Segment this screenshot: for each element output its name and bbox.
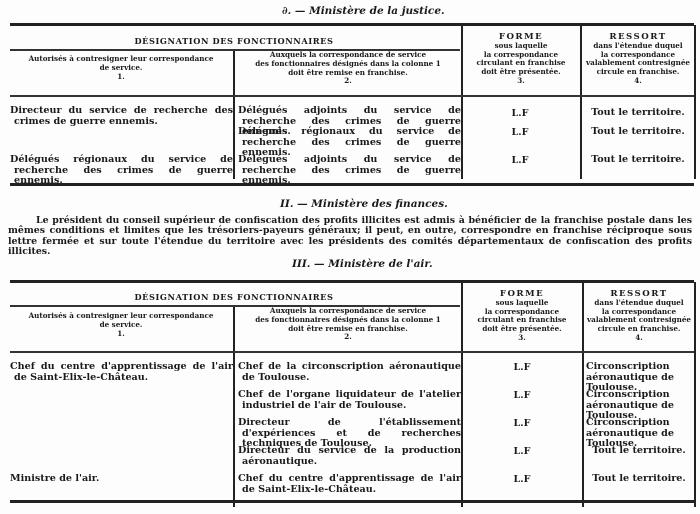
row1-col4: Tout le territoire. bbox=[582, 108, 694, 119]
section-title-air: III. — Ministère de l'air. bbox=[292, 258, 433, 270]
row1-col3: L.F bbox=[490, 108, 550, 119]
air-row2-col3: L.F bbox=[492, 390, 552, 401]
air-row5-col3: L.F bbox=[492, 474, 552, 485]
column-header-4-air: RESSORT dans l'étendue duquel la corresp… bbox=[584, 290, 694, 343]
row3-col4: Tout le territoire. bbox=[582, 155, 694, 166]
air-row1-col1: Chef du centre d'apprentissage de l'air … bbox=[10, 362, 233, 383]
air-row1-col2: Chef de la circonscription aéronautique … bbox=[238, 362, 461, 383]
header-bottom-rule bbox=[10, 95, 694, 97]
table-bottom-rule bbox=[10, 183, 694, 186]
finances-paragraph: Le président du conseil supérieur de con… bbox=[8, 216, 692, 258]
section-title-finances: II. — Ministère des finances. bbox=[280, 198, 448, 210]
air-row4-col3: L.F bbox=[492, 446, 552, 457]
section-title-justice: ∂. — Ministère de la justice. bbox=[282, 5, 445, 17]
column-header-3: FORME sous laquelle la correspondance ci… bbox=[463, 33, 579, 86]
column-header-3-air: FORME sous laquelle la correspondance ci… bbox=[463, 290, 581, 343]
row1-col1: Directeur du service de recherche des cr… bbox=[10, 106, 233, 127]
column-header-4: RESSORT dans l'étendue duquel la corresp… bbox=[582, 33, 694, 86]
table-top-rule bbox=[10, 23, 694, 26]
column-header-1: Autorisés à contresigner leur correspond… bbox=[10, 55, 232, 81]
col-divider-1-air bbox=[233, 307, 235, 507]
row2-col4: Tout le territoire. bbox=[582, 127, 694, 138]
air-row4-col4: Tout le territoire. bbox=[584, 446, 694, 457]
table-bottom-rule-air bbox=[10, 500, 694, 503]
header-bottom-rule-air bbox=[10, 351, 694, 353]
air-row4-col2: Directeur du service de la production aé… bbox=[238, 446, 461, 467]
air-row5-col1: Ministre de l'air. bbox=[10, 474, 233, 485]
air-row5-col2: Chef du centre d'apprentissage de l'air … bbox=[238, 474, 461, 495]
row3-col1: Délégués régionaux du service de recherc… bbox=[10, 155, 233, 187]
air-row3-col3: L.F bbox=[492, 418, 552, 429]
air-row2-col2: Chef de l'organe liquidateur de l'atelie… bbox=[238, 390, 461, 411]
column-header-1-air: Autorisés à contresigner leur correspond… bbox=[10, 312, 232, 338]
table-top-rule-air bbox=[10, 280, 694, 283]
col-divider-1 bbox=[233, 51, 235, 179]
row2-col3: L.F bbox=[490, 127, 550, 138]
designation-header-air: DÉSIGNATION DES FONCTIONNAIRES bbox=[10, 292, 458, 302]
air-row5-col4: Tout le territoire. bbox=[584, 474, 694, 485]
air-row1-col3: L.F bbox=[492, 362, 552, 373]
designation-header: DÉSIGNATION DES FONCTIONNAIRES bbox=[10, 36, 458, 46]
col-divider-right bbox=[694, 25, 696, 179]
column-header-2-air: Auxquels la correspondance de service de… bbox=[236, 307, 460, 342]
row3-col3: L.F bbox=[490, 155, 550, 166]
row3-col2: Délégués adjoints du service de recherch… bbox=[238, 155, 461, 187]
column-header-2: Auxquels la correspondance de service de… bbox=[236, 51, 460, 86]
